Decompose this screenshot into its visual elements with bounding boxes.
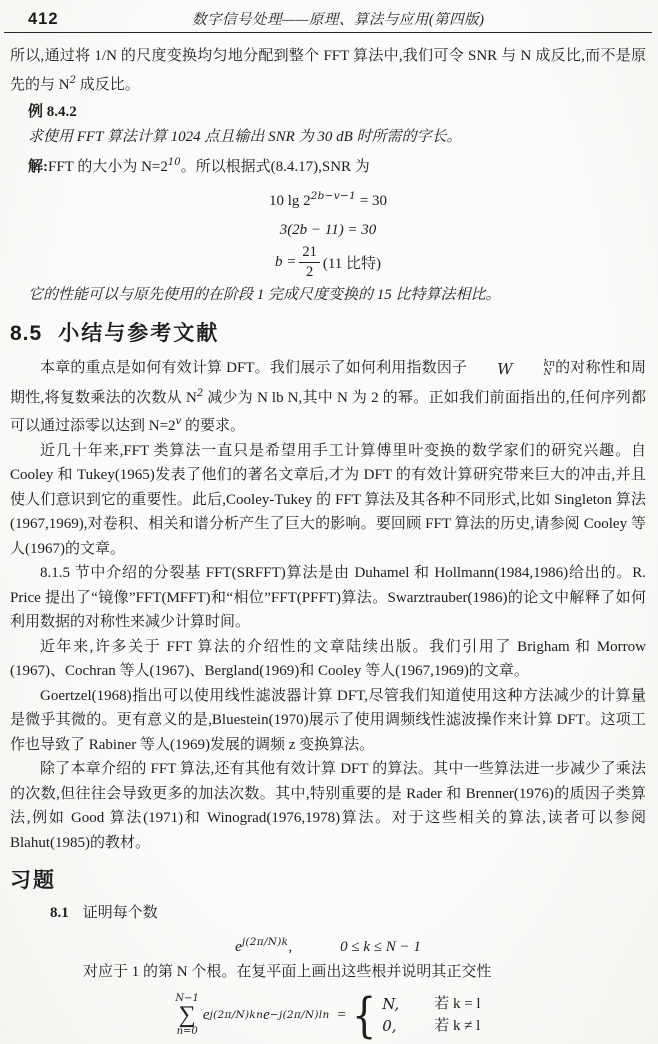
- summary-paragraph-3: 8.1.5 节中介绍的分裂基 FFT(SRFFT)算法是由 Duhamel 和 …: [10, 561, 646, 635]
- summary-paragraph-5: Goertzel(1968)指出可以使用线性滤波器计算 DFT,尽管我们知道使用…: [10, 684, 646, 758]
- page-header: 412 数字信号处理——原理、算法与应用(第四版): [10, 8, 646, 28]
- fraction: 21 2: [299, 244, 320, 280]
- intro-text-2: 成反比。: [76, 77, 140, 93]
- summation-lower-limit: n=0: [177, 1026, 198, 1037]
- equation-result: b = 21 2 (11 比特): [10, 243, 646, 281]
- solution-text-2: 。所以根据式(8.4.17),SNR 为: [181, 159, 370, 175]
- section-title: 小结与参考文献: [58, 320, 219, 348]
- example-block: 例 8.4.2 求使用 FFT 算法计算 1024 点且输出 SNR 为 30 …: [10, 100, 646, 308]
- case-row-2: 0,若 k ≠ l: [382, 1016, 480, 1037]
- equals-sign: =: [338, 1007, 346, 1024]
- case-2-condition: 若 k ≠ l: [434, 1016, 480, 1037]
- eq-term1-exponent: j(2π/N)kn: [210, 1009, 264, 1021]
- w-subscript: N: [514, 369, 555, 378]
- case-1-condition: 若 k = l: [434, 994, 480, 1015]
- fraction-denominator: 2: [299, 263, 320, 281]
- fraction-numerator: 21: [299, 244, 320, 263]
- sigma-glyph: ∑: [179, 1004, 196, 1026]
- w-scripts: knN: [514, 360, 555, 378]
- solution-prefix: 解:: [28, 159, 48, 175]
- eq-result-lhs: b =: [275, 254, 296, 271]
- eq-snr-rhs: = 30: [356, 193, 387, 209]
- summation-symbol: N−1 ∑ n=0: [175, 993, 199, 1037]
- equation-orthogonality: N−1 ∑ n=0 ej(2π/N)kne−j(2π/N)ln = { N,若 …: [10, 986, 646, 1044]
- cases-brace: {: [352, 991, 376, 1039]
- exercise-continuation: 对应于 1 的第 N 个根。在复平面上画出这些根并说明其正交性: [10, 960, 646, 985]
- summary-paragraph-4: 近年来,许多关于 FFT 算法的介绍性的文章陆续出版。我们引用了 Brigham…: [10, 635, 646, 684]
- p1-text-1: 本章的重点是如何有效计算 DFT。我们展示了如何利用指数因子: [40, 360, 467, 376]
- solution-text-1: FFT 的大小为 N=2: [48, 159, 168, 175]
- eq-result-note: (11 比特): [323, 252, 381, 273]
- intro-paragraph: 所以,通过将 1/N 的尺度变换均匀地分配到整个 FFT 算法中,我们可令 SN…: [10, 44, 646, 97]
- eq-term1-base: e: [203, 1007, 210, 1024]
- section-heading: 8.5 小结与参考文献: [10, 320, 646, 348]
- summary-paragraph-1: 本章的重点是如何有效计算 DFT。我们展示了如何利用指数因子WknN的对称性和周…: [10, 356, 646, 439]
- eq-snr-exponent: 2b−v−1: [311, 190, 356, 202]
- exercises-heading: 习题: [10, 867, 646, 895]
- header-rule: [4, 32, 652, 33]
- eq-roots-base: e: [235, 939, 242, 955]
- eq-linear-text: 3(2b − 11) = 30: [280, 222, 377, 238]
- case-row-1: N,若 k = l: [382, 994, 480, 1015]
- book-page: 412 数字信号处理——原理、算法与应用(第四版) 所以,通过将 1/N 的尺度…: [0, 0, 658, 1044]
- p1-text-4: 的要求。: [181, 418, 245, 434]
- example-label: 例 8.4.2: [10, 100, 646, 125]
- eq-roots-condition: 0 ≤ k ≤ N − 1: [340, 939, 421, 955]
- example-remark: 它的性能可以与原先使用的在阶段 1 完成尺度变换的 15 比特算法相比。: [10, 283, 646, 308]
- case-1-value: N,: [382, 994, 434, 1015]
- equation-linear: 3(2b − 11) = 30: [10, 217, 646, 243]
- eq-roots-comma: ,: [288, 939, 292, 955]
- example-problem: 求使用 FFT 算法计算 1024 点且输出 SNR 为 30 dB 时所需的字…: [10, 125, 646, 150]
- case-2-value: 0,: [382, 1016, 434, 1037]
- equation-snr: 10 lg 22b−v−1 = 30: [10, 183, 646, 214]
- section-number: 8.5: [10, 320, 42, 348]
- exercise-number: 8.1: [50, 905, 69, 921]
- equation-roots: ej(2π/N)k,0 ≤ k ≤ N − 1: [10, 929, 646, 960]
- twiddle-factor: WknN: [467, 357, 555, 382]
- eq-roots-exponent: j(2π/N)k: [242, 936, 289, 948]
- summary-paragraph-2: 近几十年来,FFT 类算法一直只是希望用手工计算傅里叶变换的数学家们的研究兴趣。…: [10, 439, 646, 562]
- cases-block: N,若 k = l 0,若 k ≠ l: [382, 994, 480, 1037]
- exercise-8-1: 8.1证明每个数 ej(2π/N)k,0 ≤ k ≤ N − 1 对应于 1 的…: [10, 901, 646, 1044]
- solution-exponent: 10: [168, 157, 181, 168]
- summary-paragraph-6: 除了本章介绍的 FFT 算法,还有其他有效计算 DFT 的算法。其中一些算法进一…: [10, 757, 646, 855]
- example-solution: 解:FFT 的大小为 N=210。所以根据式(8.4.17),SNR 为: [10, 150, 646, 180]
- exercise-lead: 8.1证明每个数: [10, 901, 646, 926]
- eq-snr-lhs: 10 lg 2: [269, 193, 311, 209]
- eq-term2-base: e: [263, 1007, 270, 1024]
- exercise-text: 证明每个数: [83, 905, 158, 921]
- book-title: 数字信号处理——原理、算法与应用(第四版): [45, 8, 632, 29]
- w-base: W: [467, 357, 512, 382]
- eq-term2-exponent: −j(2π/N)ln: [270, 1009, 330, 1021]
